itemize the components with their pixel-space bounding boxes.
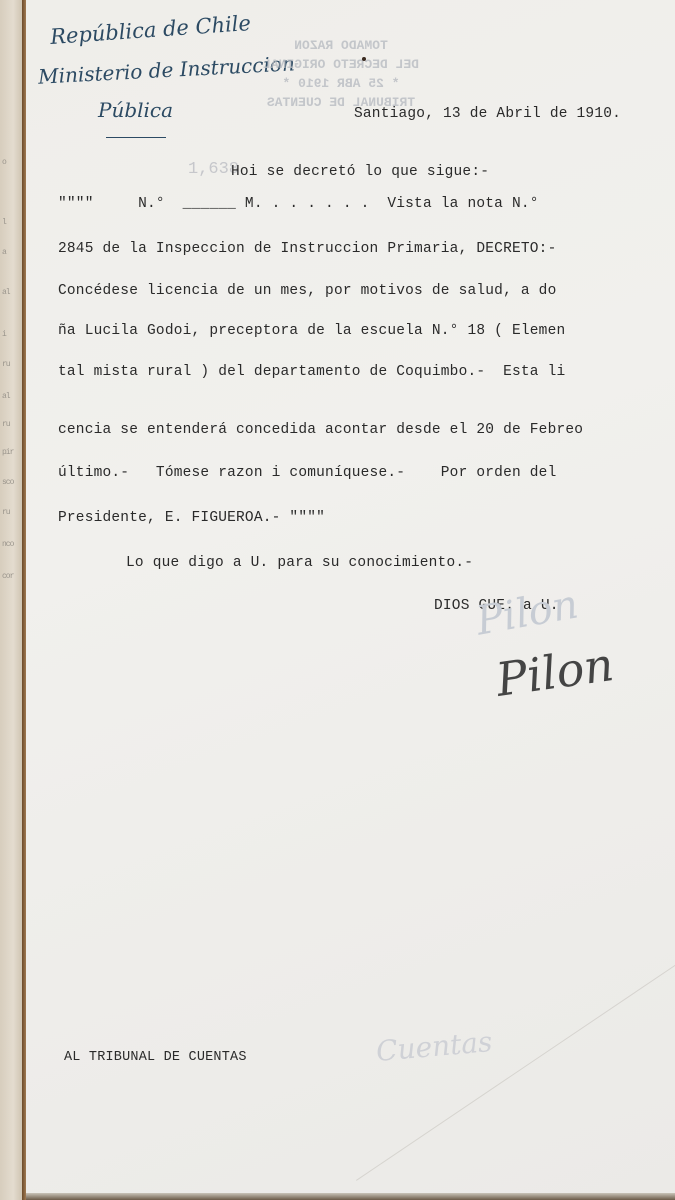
signature: Pilon — [493, 637, 617, 707]
document-page: República de Chile Ministerio de Instruc… — [26, 0, 675, 1200]
body-line-9: Presidente, E. FIGUEROA.- """" — [58, 510, 325, 526]
adjacent-page-fragment: l — [2, 218, 6, 227]
body-line-4: Concédese licencia de un mes, por motivo… — [58, 283, 556, 299]
page-bottom-edge — [26, 1193, 675, 1200]
signature-bleedthrough: Pilon — [473, 581, 582, 644]
handwriting-bleedthrough: Cuentas — [375, 1025, 494, 1068]
ink-spot — [362, 57, 366, 61]
adjacent-page-fragment: al — [2, 392, 10, 401]
letterhead-rule — [106, 137, 166, 138]
adjacent-page-fragment: al — [2, 288, 10, 297]
adjacent-page-fragment: o — [2, 158, 6, 167]
adjacent-page-fragment: cor — [2, 572, 13, 581]
body-line-10: Lo que digo a U. para su conocimiento.- — [126, 555, 473, 571]
body-line-7: cencia se entenderá concedida acontar de… — [58, 422, 583, 438]
adjacent-page-fragment: ru — [2, 420, 10, 429]
adjacent-page-edge: o l a al i ru al ru pir sco ru nco cor — [0, 0, 22, 1200]
date-line: Santiago, 13 de Abril de 1910. — [354, 106, 621, 122]
body-line-2: """" N.° ______ M. . . . . . . Vista la … — [58, 196, 539, 212]
body-line-6: tal mista rural ) del departamento de Co… — [58, 364, 565, 380]
addressee-line: AL TRIBUNAL DE CUENTAS — [64, 1050, 247, 1065]
body-line-5: ña Lucila Godoi, preceptora de la escuel… — [58, 323, 565, 339]
letterhead-country: República de Chile — [49, 11, 251, 49]
adjacent-page-fragment: a — [2, 248, 6, 257]
body-line-8: último.- Tómese razon i comuníquese.- Po… — [58, 465, 556, 481]
adjacent-page-fragment: ru — [2, 360, 10, 369]
letterhead-ministry-cont: Pública — [98, 98, 173, 122]
adjacent-page-fragment: ru — [2, 508, 10, 517]
adjacent-page-fragment: i — [2, 330, 6, 339]
body-line-3: 2845 de la Inspeccion de Instruccion Pri… — [58, 241, 556, 257]
adjacent-page-fragment: nco — [2, 540, 13, 549]
adjacent-page-fragment: pir — [2, 448, 13, 457]
body-line-1: Hoi se decretó lo que sigue:- — [231, 164, 489, 180]
adjacent-page-fragment: sco — [2, 478, 13, 487]
